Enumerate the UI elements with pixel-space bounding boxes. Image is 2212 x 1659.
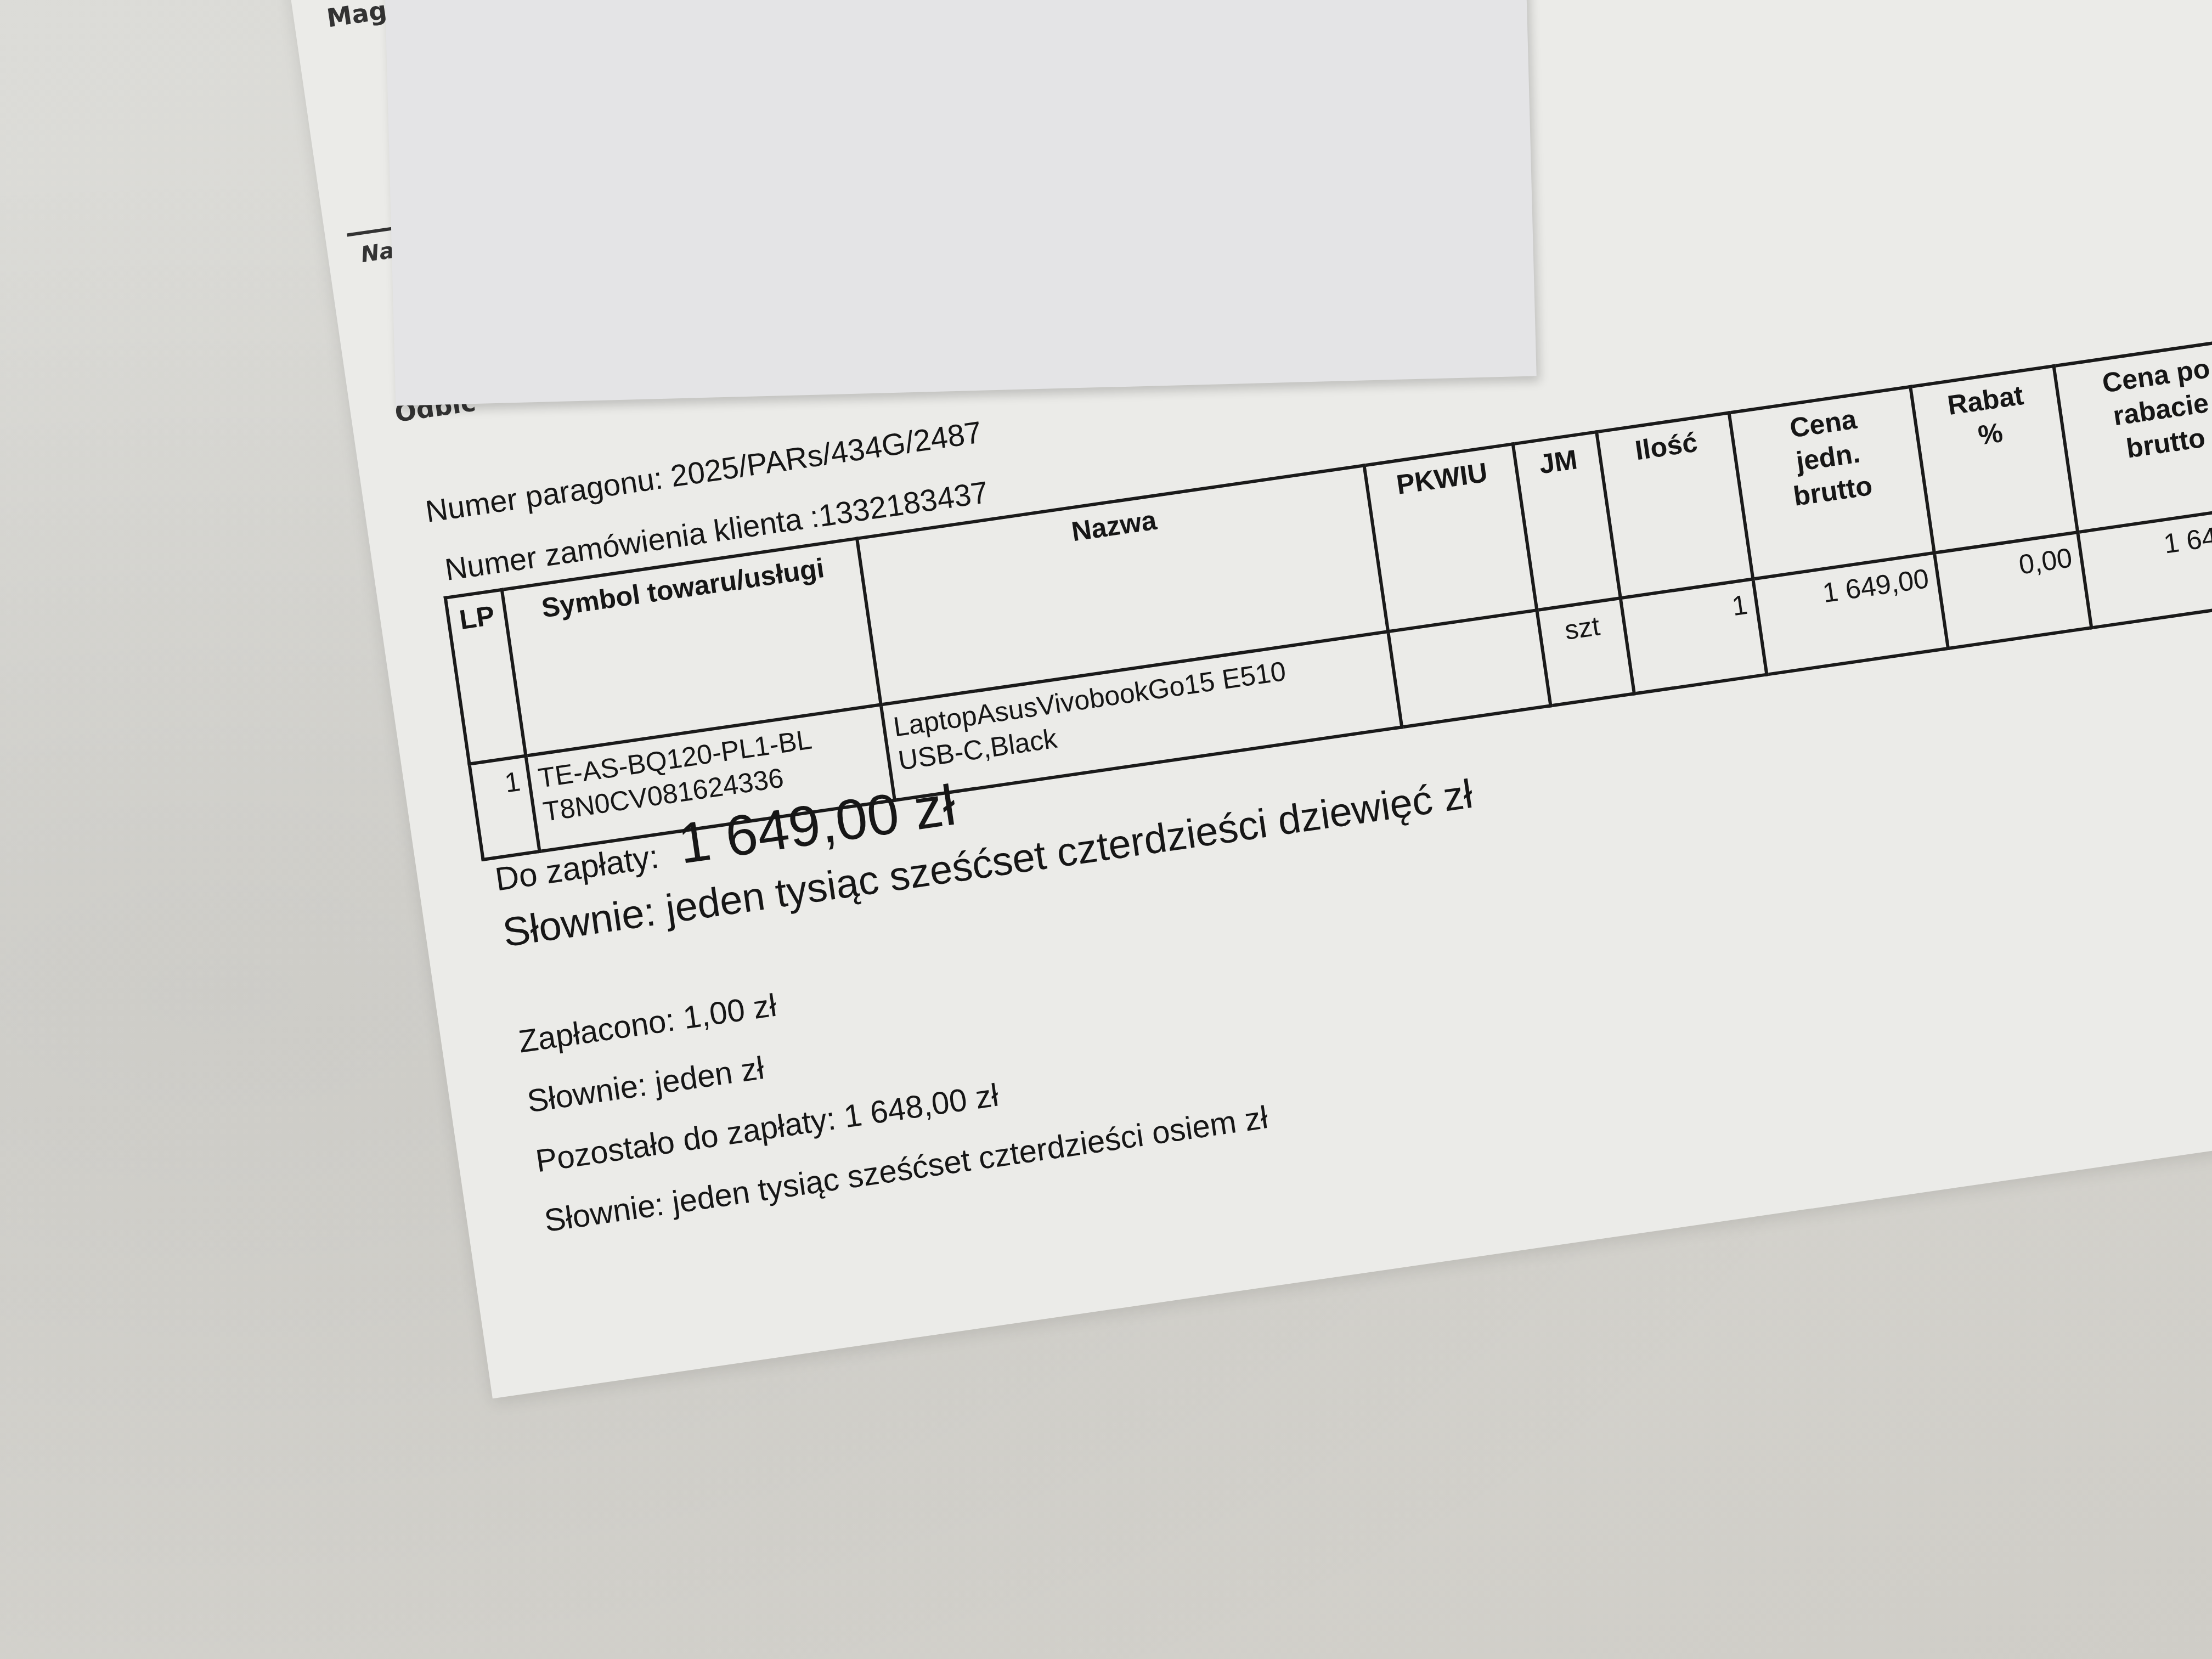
cell-pkwiu	[1388, 610, 1550, 727]
covering-blank-sheet	[384, 0, 1537, 406]
cell-qty: 1	[1621, 579, 1767, 693]
amount-paid: Zapłacono: 1,00 zł	[516, 987, 779, 1060]
amount-paid-in-words: Słownie: jeden zł	[525, 1049, 766, 1120]
col-qty: Ilość	[1596, 413, 1753, 599]
col-rabat: Rabat %	[1910, 366, 2078, 553]
items-table: LP Symbol towaru/usługi Nazwa PKWIU JM I…	[443, 324, 2212, 861]
receipt-number-label: Numer paragonu:	[424, 460, 665, 529]
col-price-after-discount: Cena po rabacie brutto	[2054, 337, 2212, 532]
cell-rabat: 0,00	[1934, 532, 2091, 648]
col-pkwiu: PKWIU	[1364, 444, 1537, 631]
cell-jm: szt	[1537, 598, 1634, 706]
col-unit-price: Cena jedn. brutto	[1729, 387, 1934, 579]
